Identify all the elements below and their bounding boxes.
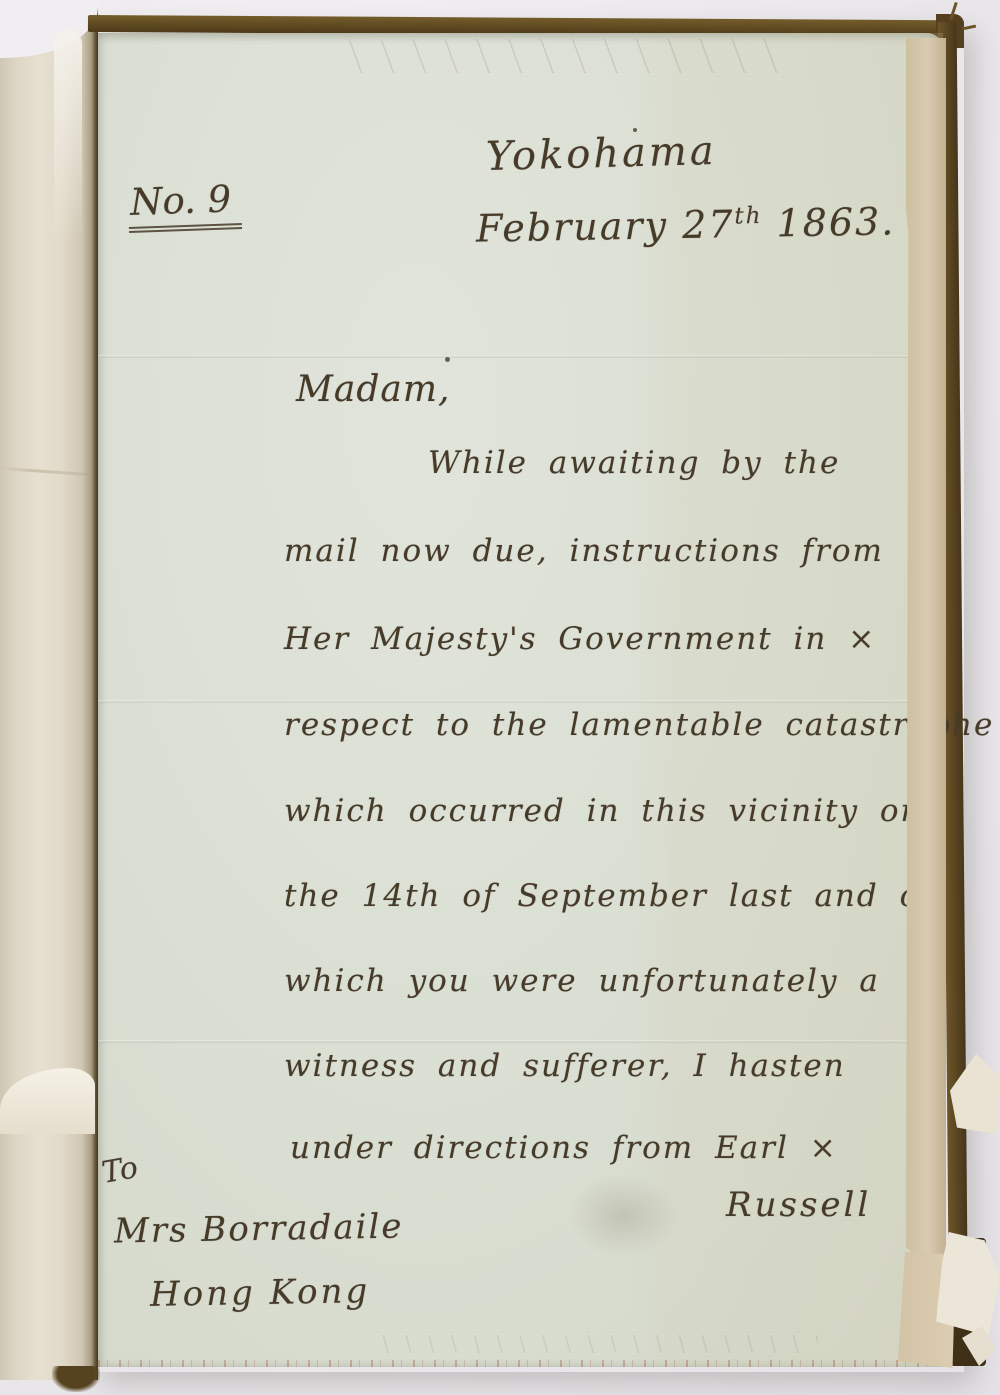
salutation: Madam, bbox=[296, 369, 450, 410]
body-line-5: which occurred in this vicinity on bbox=[284, 793, 923, 829]
body-line-1: While awaiting by the bbox=[428, 445, 840, 481]
addressee-name: Mrs Borradaile bbox=[114, 1206, 404, 1251]
fold-crease bbox=[98, 355, 943, 358]
date-year: 1863. bbox=[776, 199, 896, 245]
body-line-6: the 14th of September last and of bbox=[284, 878, 934, 914]
dateline-place: Yokohama bbox=[485, 128, 717, 180]
letter-page: No. 9 Yokohama February 27th1863. Madam,… bbox=[98, 33, 943, 1367]
red-deckle-edge bbox=[98, 1360, 937, 1367]
spine-fray bbox=[52, 1366, 100, 1392]
date-ordinal: th bbox=[734, 203, 763, 229]
photograph-background: No. 9 Yokohama February 27th1863. Madam,… bbox=[0, 0, 1000, 1395]
ink-showthrough bbox=[378, 1335, 818, 1353]
fold-crease bbox=[98, 700, 943, 703]
letter-number: No. 9 bbox=[127, 177, 242, 224]
turned-pages-stack bbox=[0, 0, 98, 1380]
ink-speck bbox=[445, 357, 450, 362]
body-line-2: mail now due, instructions from bbox=[284, 533, 884, 569]
paper-stain bbox=[568, 1173, 678, 1258]
body-line-9: under directions from Earl × bbox=[290, 1130, 838, 1166]
underlying-pages-fore-edge bbox=[906, 38, 946, 1256]
dateline-date: February 27th1863. bbox=[476, 199, 896, 250]
body-line-3: Her Majesty's Government in × bbox=[284, 621, 876, 657]
addressee-to-label: To bbox=[99, 1150, 140, 1191]
letter-number-underlined: No. 9 bbox=[127, 177, 242, 233]
fold-crease bbox=[98, 1040, 943, 1043]
torn-paper-flap bbox=[936, 1232, 1000, 1336]
body-line-4: respect to the lamentable catastrophe bbox=[284, 707, 994, 743]
body-line-7: which you were unfortunately a bbox=[284, 963, 880, 999]
faint-offset-marks bbox=[348, 39, 778, 73]
page-edge-highlight bbox=[54, 30, 82, 245]
addressee-place: Hong Kong bbox=[150, 1271, 371, 1315]
date-month-day: February 27 bbox=[476, 202, 735, 251]
body-line-8: witness and sufferer, I hasten bbox=[284, 1048, 846, 1084]
signature-russell: Russell bbox=[726, 1185, 871, 1225]
